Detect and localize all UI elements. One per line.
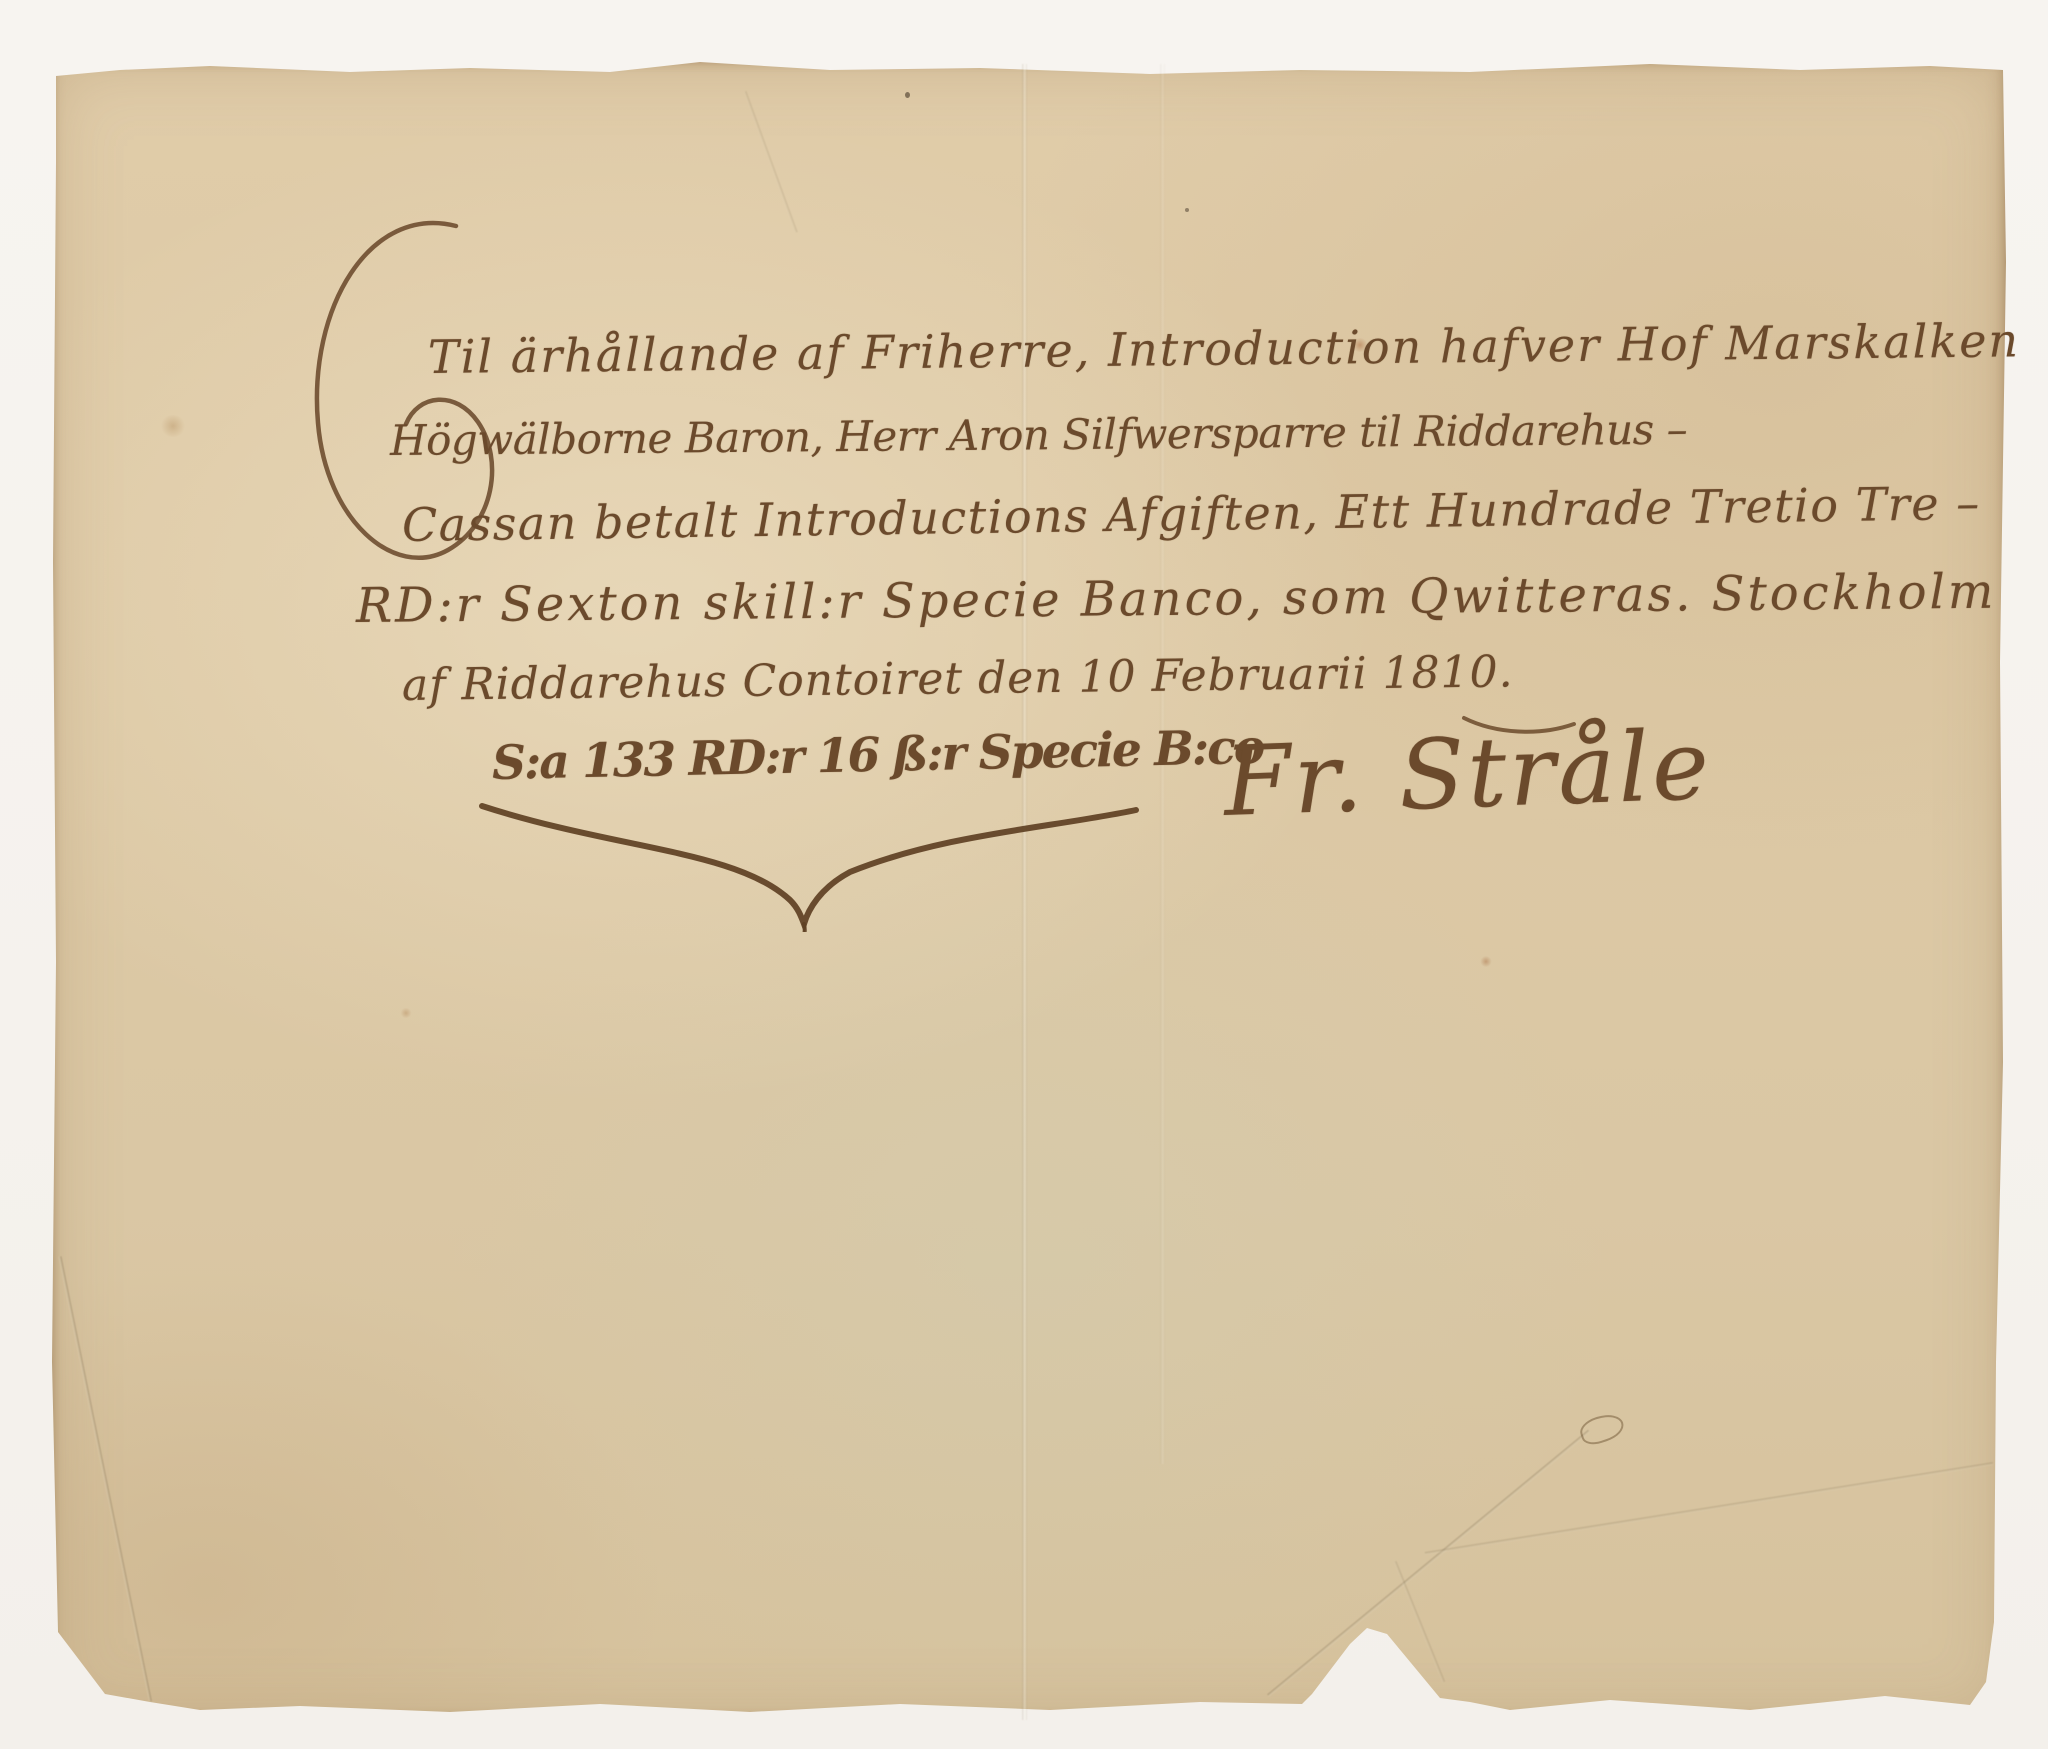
aged-paper-sheet [50,62,2006,1722]
document-scan: Til ärhållande af Friherre, Introduction… [0,0,2048,1749]
signature: Fr. Stråle [1222,709,1714,838]
